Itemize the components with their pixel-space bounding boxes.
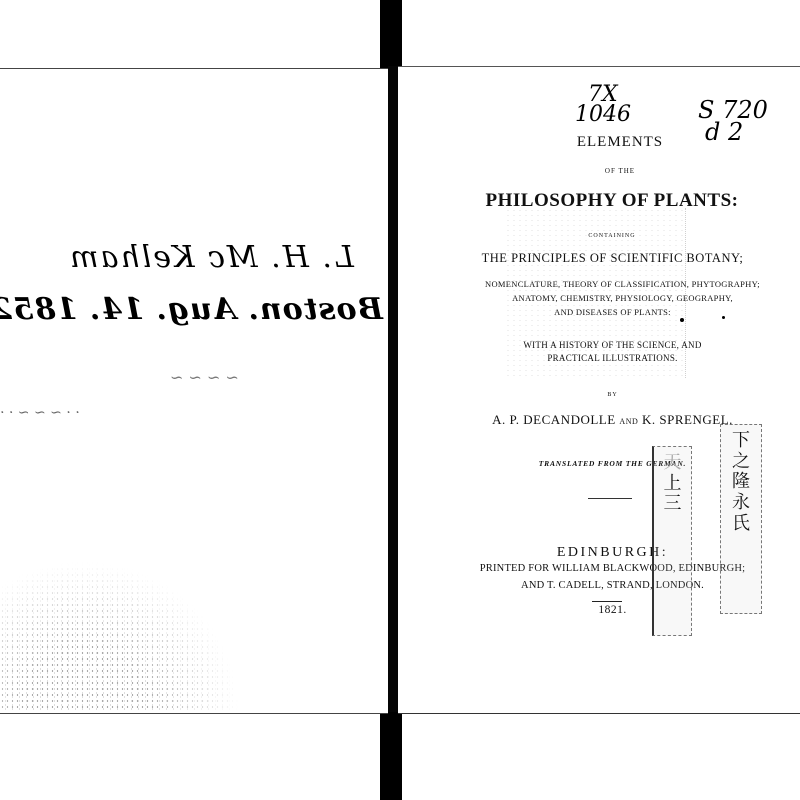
book-spine-gutter xyxy=(388,66,398,712)
title-divider xyxy=(588,498,632,499)
scanner-gutter-bottom xyxy=(380,712,402,800)
inscription-place-date: Boston. Aug. 14. 1852 xyxy=(0,292,383,327)
by-label: BY xyxy=(455,392,770,398)
inscription-faint-2: · · ~ ~ ~ · · xyxy=(0,405,80,421)
right-page-title-page xyxy=(398,66,800,714)
and-connector: AND xyxy=(619,417,638,426)
history-line-1: WITH A HISTORY OF THE SCIENCE, AND xyxy=(455,340,770,350)
inscription-faint-1: ~ ~ ~ ~ xyxy=(170,368,239,387)
contents-line-1: NOMENCLATURE, THEORY OF CLASSIFICATION, … xyxy=(455,279,790,289)
scanner-gutter-top xyxy=(380,0,402,68)
title-of-the: OF THE xyxy=(495,167,745,175)
ink-spot xyxy=(722,316,725,319)
ink-spot xyxy=(680,318,684,322)
history-line-2: PRACTICAL ILLUSTRATIONS. xyxy=(455,353,770,363)
paper-foxing-noise xyxy=(0,560,240,710)
book-spread: L. H. Mc Kelham Boston. Aug. 14. 1852 ~ … xyxy=(0,0,800,800)
subtitle: THE PRINCIPLES OF SCIENTIFIC BOTANY; xyxy=(455,251,770,266)
containing-label: CONTAINING xyxy=(462,233,762,239)
call-number-2: 1046 xyxy=(575,104,631,126)
author-decandolle: A. P. DECANDOLLE xyxy=(492,412,616,427)
ownership-seal-stamp-a: 天 上 三 xyxy=(652,446,692,636)
title-elements: ELEMENTS xyxy=(495,134,745,151)
contents-line-2: ANATOMY, CHEMISTRY, PHYSIOLOGY, GEOGRAPH… xyxy=(455,293,790,303)
main-title: PHILOSOPHY OF PLANTS: xyxy=(462,190,762,212)
inscription-name: L. H. Mc Kelham xyxy=(68,240,354,275)
ownership-seal-stamp-b: 下 之 隆 永 氏 xyxy=(720,424,762,614)
year-divider xyxy=(592,601,622,602)
